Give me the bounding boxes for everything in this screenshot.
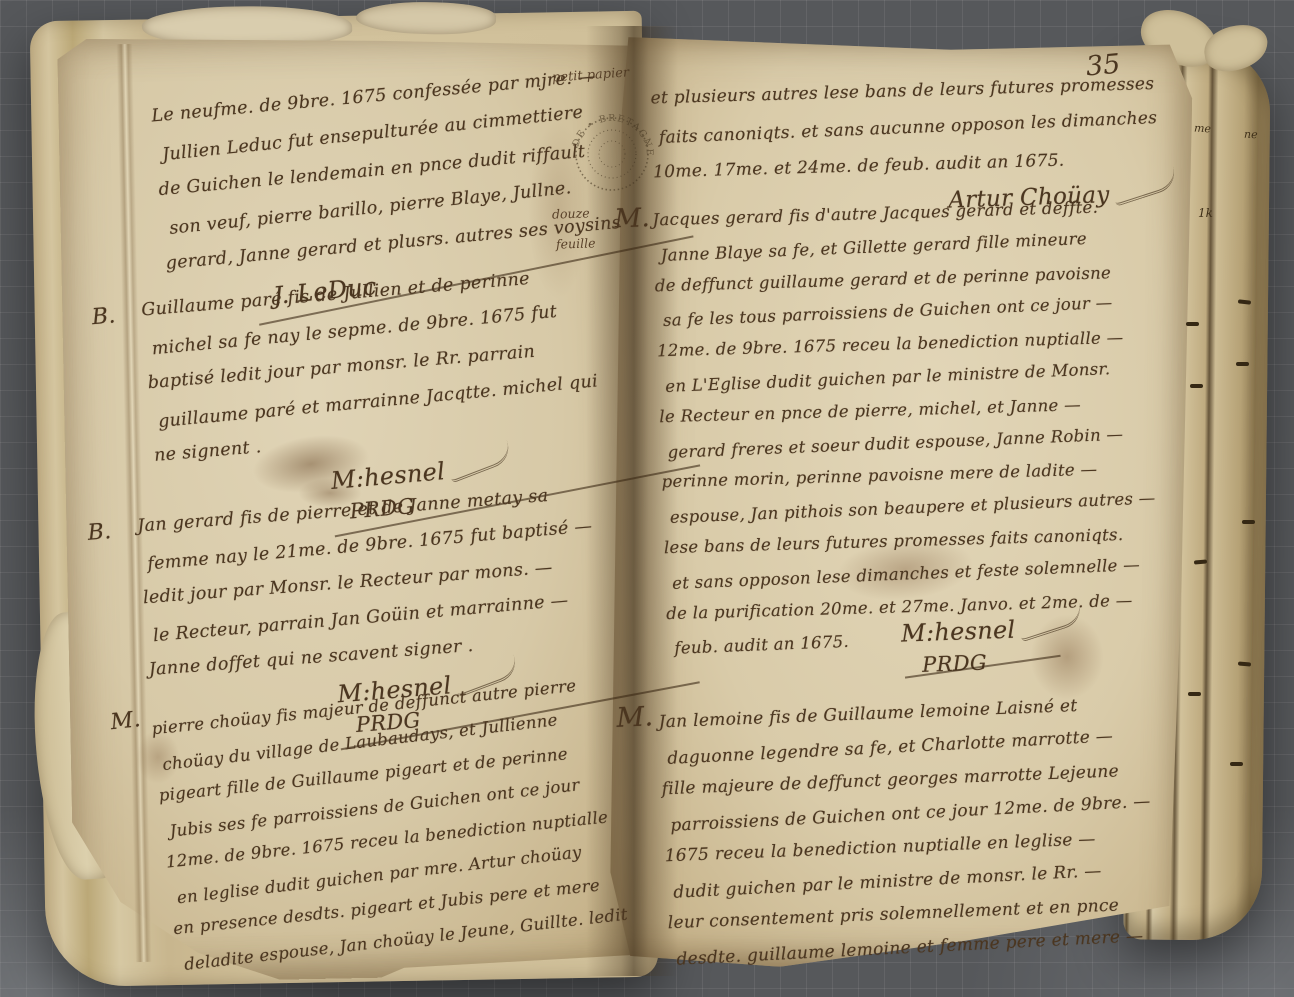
entry-text: et plusieurs autres lese bans de leurs f… xyxy=(650,64,1159,193)
signature-hesnel: M:hesnel xyxy=(901,611,1086,650)
marriage-entry-lemoine: M. Jan lemoine fis de Guillaume lemoine … xyxy=(658,685,1185,976)
fore-edge-mark: ne xyxy=(1244,128,1258,141)
margin-letter: B. xyxy=(90,298,117,336)
marriage-entry-jacques-gerard: M. Jacques gerard fis d'autre Jacques ge… xyxy=(652,188,1188,665)
fore-edge-tick xyxy=(1188,692,1201,696)
fore-edge-mark: 1k xyxy=(1198,206,1213,220)
signature-prdg: PRDG xyxy=(922,647,988,682)
margin-letter: B. xyxy=(86,514,113,552)
fore-edge-tick xyxy=(1230,762,1243,766)
fore-edge-tick xyxy=(1236,362,1249,366)
margin-letter: M. xyxy=(616,700,654,735)
photograph-of-parish-register: DE • BRETAGNE petit papier douze feuille… xyxy=(0,0,1294,997)
fore-edge-tick xyxy=(1186,322,1199,326)
fore-edge-tick xyxy=(1190,384,1203,388)
fore-edge-mark: me xyxy=(1194,122,1212,136)
marriage-entry-chouay: M. pierre choüay fis majeur de deffunct … xyxy=(150,662,661,981)
margin-letter: M. xyxy=(614,202,651,236)
entry-text: Jan gerard fis de pierre et de Janne met… xyxy=(136,472,624,690)
entry-text: Jan lemoine fis de Guillaume lemoine Lai… xyxy=(658,685,1185,976)
entry-text: Jacques gerard fis d'autre Jacques gerar… xyxy=(652,188,1188,665)
margin-letter: M. xyxy=(109,703,143,740)
entry-text: pierre choüay fis majeur de deffunct aut… xyxy=(150,662,661,981)
fore-edge-tick xyxy=(1242,520,1255,524)
torn-page-corner xyxy=(1201,21,1271,74)
